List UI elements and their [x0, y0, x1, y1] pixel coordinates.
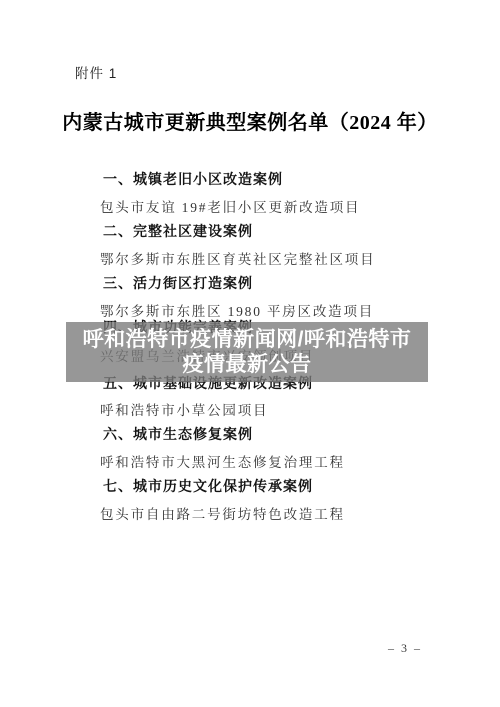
page-title: 内蒙古城市更新典型案例名单（2024 年）: [0, 106, 500, 135]
project-item-6: 呼和浩特市大黑河生态修复治理工程: [100, 451, 430, 471]
section-heading-7: 七、城市历史文化保护传承案例: [103, 476, 430, 496]
attachment-label: 附件 1: [75, 62, 117, 82]
watermark-line-2: 疫情最新公告: [183, 352, 312, 377]
project-item-5: 呼和浩特市小草公园项目: [100, 399, 430, 419]
watermark-line-1: 呼和浩特市疫情新闻网/呼和浩特市: [83, 327, 412, 352]
section-heading-2: 二、完整社区建设案例: [103, 221, 430, 241]
project-item-2: 鄂尔多斯市东胜区育英社区完整社区项目: [100, 248, 430, 268]
section-heading-6: 六、城市生态修复案例: [103, 424, 430, 444]
section-heading-1: 一、城镇老旧小区改造案例: [103, 169, 430, 189]
project-item-1: 包头市友谊 19#老旧小区更新改造项目: [100, 196, 430, 216]
project-item-7: 包头市自由路二号街坊特色改造工程: [100, 503, 430, 523]
watermark-overlay: 呼和浩特市疫情新闻网/呼和浩特市 疫情最新公告: [66, 322, 428, 382]
page-number: – 3 –: [388, 641, 422, 656]
document-page: 附件 1 内蒙古城市更新典型案例名单（2024 年） 一、城镇老旧小区改造案例 …: [0, 0, 500, 707]
section-heading-3: 三、活力街区打造案例: [103, 273, 430, 293]
